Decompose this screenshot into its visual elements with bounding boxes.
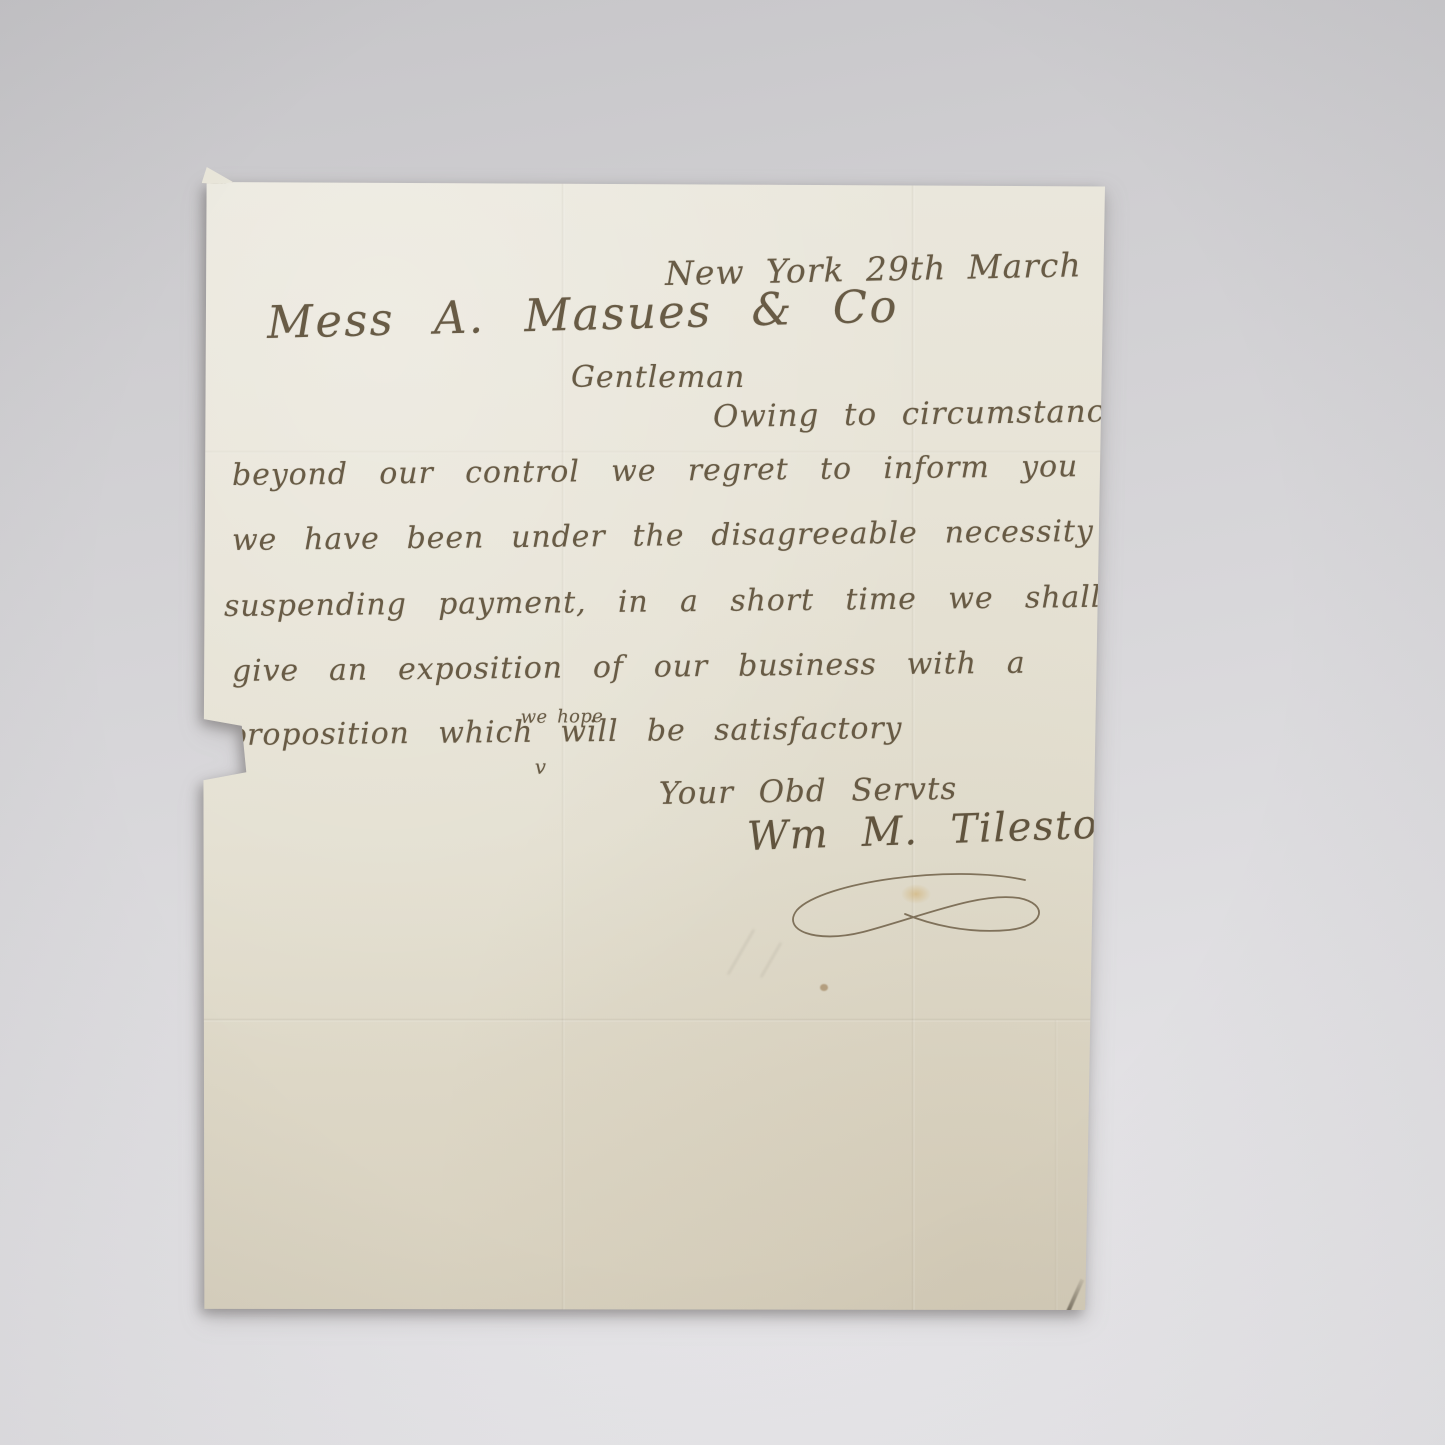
paper-shadow-wrap: New York 29th March 1837 Mess A. Masues … [0,0,1445,1445]
pencil-smudge [716,922,806,997]
body-line-5: proposition whichwe hopevwill be satisfa… [227,711,903,753]
letter-photograph: New York 29th March 1837 Mess A. Masues … [0,0,1445,1445]
vertical-fold-right [911,178,915,1310]
body-line-4: give an exposition of our business with … [232,646,1026,689]
signature-flourish-icon [781,870,1053,950]
ink-speck [820,984,828,991]
insertion-text: we hope [521,706,604,728]
recipient-line: Mess A. Masues & Co [266,279,899,349]
opening-phrase-line: Owing to circumstances, [713,393,1152,435]
body-line-5-pre: proposition which [227,715,534,753]
body-line-3: suspending payment, in a short time we s… [224,580,1102,624]
body-line-1: beyond our control we regret to inform y… [232,449,1079,493]
body-line-5-post: will be satisfactory [560,711,902,750]
body-line-2: we have been under the disagreeable nece… [232,513,1152,558]
closing-line: Your Obd Servts [659,771,958,812]
bottom-right-tear [1066,1279,1084,1314]
insertion-caret: v [535,756,547,779]
salutation-line: Gentleman [571,360,745,395]
yellow-stain [901,884,931,904]
letter-paper: New York 29th March 1837 Mess A. Masues … [203,178,1105,1310]
vertical-fold-far-right [1054,1020,1058,1310]
horizontal-fold-lower [203,1018,1105,1022]
